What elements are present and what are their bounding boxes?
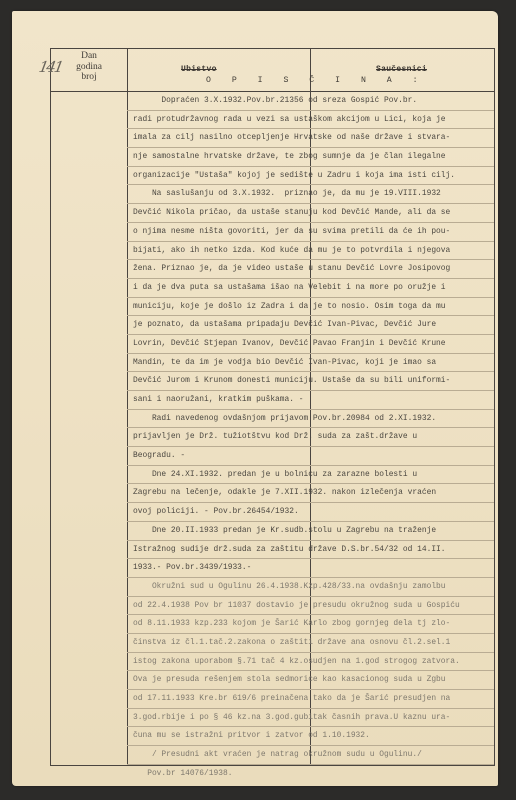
narrative-lines: Dopraćen 3.X.1932.Pov.br.21356 od sreza … bbox=[127, 92, 494, 765]
text-line: žena. Priznao je, da je video ustaše u s… bbox=[127, 260, 494, 279]
text-line: municiju, koje je došlo iz Zadra i da je… bbox=[127, 298, 494, 317]
middle-column-header: Ubistvo bbox=[181, 65, 217, 74]
text-line: je poznato, da ustašama pripadaju Devčić… bbox=[127, 316, 494, 335]
text-line: čuna mu se istražni pritvor i zatvor od … bbox=[127, 727, 494, 746]
text-line: 3.god.rbije i po § 46 kz.na 3.god.gubita… bbox=[127, 709, 494, 728]
text-line: o njima nesme ništa govoriti, jer da su … bbox=[127, 223, 494, 242]
handwritten-mark: 141 bbox=[37, 58, 63, 76]
form-table: Dan godina broj 141 Ubistvo Saučesnici O… bbox=[50, 48, 495, 766]
text-line: Beogradu. - bbox=[127, 447, 494, 466]
text-line: od 8.11.1933 kzp.233 kojom je Šarić Karl… bbox=[127, 615, 494, 634]
text-line: / Presudni akt vraćen je natrag okružnom… bbox=[127, 746, 494, 765]
text-line: sani i naoružani, kratkim puškama. - bbox=[127, 391, 494, 410]
text-line: nje samostalne hrvatske države, te zbog … bbox=[127, 148, 494, 167]
text-line: Devčić Nikola pričao, da ustaše stanuju … bbox=[127, 204, 494, 223]
text-line: i da je dva puta sa ustašama išao na Vel… bbox=[127, 279, 494, 298]
text-line: imala za cilj nasilno otcepljenje Hrvats… bbox=[127, 129, 494, 148]
text-line: Na saslušanju od 3.X.1932. priznao je, d… bbox=[127, 185, 494, 204]
text-line: od 17.11.1933 Kre.br 619/6 preinačena ta… bbox=[127, 690, 494, 709]
right-column-header: Saučesnici bbox=[376, 65, 427, 74]
text-line: Ova je presuda rešenjem stola sedmorice … bbox=[127, 671, 494, 690]
text-line: Lovrin, Devčić Stjepan Ivanov, Devčić Pa… bbox=[127, 335, 494, 354]
text-line: Istražnog sudije drž.suda za zaštitu drž… bbox=[127, 541, 494, 560]
text-line: 1933.- Pov.br.3439/1933.- bbox=[127, 559, 494, 578]
label-broj: broj bbox=[51, 72, 127, 83]
text-line: radi protudržavnog rada u vezi sa ustašk… bbox=[127, 111, 494, 130]
text-line: prijavljen je Drž. tužiotštvu kod Drž. s… bbox=[127, 428, 494, 447]
section-title: O P I S Č I N A : bbox=[206, 76, 426, 85]
text-line: Mandin, te da im je vodja bio Devčić Iva… bbox=[127, 354, 494, 373]
text-line: činstva iz čl.1.tač.2.zakona o zaštiti d… bbox=[127, 634, 494, 653]
text-line: Pov.br 14076/1938. bbox=[127, 765, 494, 784]
text-line: organizacije "Ustaša" kojoj je sedište u… bbox=[127, 167, 494, 186]
text-line: bijati, ako ih netko izda. Kod kuće da m… bbox=[127, 242, 494, 261]
text-line: Dne 20.II.1933 predan je Kr.sudb.stolu u… bbox=[127, 522, 494, 541]
label-godina: godina bbox=[51, 62, 127, 73]
text-line: od 22.4.1938 Pov br 11037 dostavio je pr… bbox=[127, 597, 494, 616]
text-line: Radi navedenog ovdašnjom prijavom Pov.br… bbox=[127, 410, 494, 429]
text-line: Devčić Jurom i Krunom donesti municiju. … bbox=[127, 372, 494, 391]
document-page: Dan godina broj 141 Ubistvo Saučesnici O… bbox=[12, 11, 498, 786]
text-line: Dne 24.XI.1932. predan je u bolnicu za z… bbox=[127, 466, 494, 485]
text-line: Okružni sud u Ogulinu 26.4.1938.Kzp.428/… bbox=[127, 578, 494, 597]
date-column-label: Dan godina broj bbox=[51, 51, 127, 83]
text-line: Zagrebu na lečenje, odakle je 7.XII.1932… bbox=[127, 484, 494, 503]
text-line: Dopraćen 3.X.1932.Pov.br.21356 od sreza … bbox=[127, 92, 494, 111]
text-line: istog zakona uporabom §.71 tač 4 kz.osud… bbox=[127, 653, 494, 672]
text-line: ovoj policiji. - Pov.br.26454/1932. bbox=[127, 503, 494, 522]
